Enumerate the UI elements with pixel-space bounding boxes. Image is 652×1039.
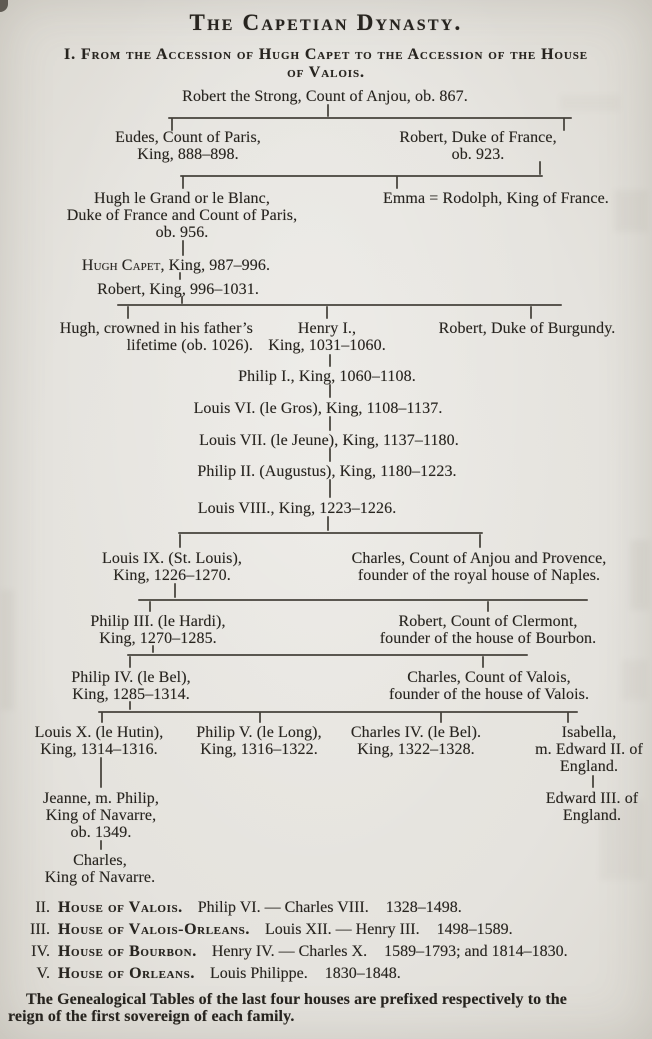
person-charles-navarre: Charles, King of Navarre. — [45, 852, 155, 886]
tree-connector-vertical — [530, 306, 532, 319]
page-title: The Capetian Dynasty. — [0, 10, 652, 36]
person-louis-x: Louis X. (le Hutin), King, 1314–1316. — [35, 724, 164, 758]
scan-smudge — [614, 190, 648, 232]
tree-connector-horizontal — [127, 654, 528, 656]
house-list-item-bourbon: IV.House of Bourbon.Henry IV. — Charles … — [0, 943, 568, 961]
person-louis-vi: Louis VI. (le Gros), King, 1108–1137. — [194, 400, 443, 417]
tree-connector-vertical — [592, 775, 594, 788]
person-henry-i: Henry I., King, 1031–1060. — [268, 320, 386, 354]
hugh-capet-name: Hugh Capet, — [82, 257, 165, 274]
tree-connector-horizontal — [117, 304, 562, 306]
section-heading-line2: of Valois. — [0, 64, 652, 82]
tree-connector-vertical — [567, 712, 569, 723]
person-robert-duke-of-burgundy: Robert, Duke of Burgundy. — [439, 320, 616, 337]
person-louis-viii: Louis VIII., King, 1223–1226. — [198, 500, 397, 517]
tree-connector-horizontal — [168, 117, 572, 119]
tree-connector-vertical — [329, 416, 331, 431]
house-numeral: II. — [0, 899, 50, 917]
footnote-line1: The Genealogical Tables of the last four… — [26, 991, 567, 1009]
section-heading-line1: I. From the Accession of Hugh Capet to t… — [0, 46, 652, 64]
tree-connector-vertical — [259, 712, 261, 723]
tree-connector-vertical — [563, 118, 565, 131]
tree-connector-horizontal — [98, 711, 578, 713]
person-robert-the-strong: Robert the Strong, Count of Anjou, ob. 8… — [182, 88, 468, 105]
house-name: House of Bourbon. — [58, 943, 197, 960]
house-numeral: V. — [0, 965, 50, 983]
footnote-line2: reign of the first sovereign of each fam… — [8, 1008, 294, 1026]
person-charles-iv: Charles IV. (le Bel). King, 1322–1328. — [351, 724, 481, 758]
person-hugh-capet: Hugh Capet, King, 987–996. — [82, 257, 270, 274]
person-eudes: Eudes, Count of Paris, King, 888–898. — [115, 129, 261, 163]
person-charles-anjou: Charles, Count of Anjou and Provence, fo… — [352, 550, 607, 584]
person-isabella: Isabella, m. Edward II. of England. — [535, 724, 643, 775]
person-robert-king: Robert, King, 996–1031. — [97, 281, 259, 298]
house-list-item-orleans: V.House of Orleans.Louis Philippe.1830–1… — [0, 965, 401, 983]
tree-connector-vertical — [487, 601, 489, 612]
tree-connector-vertical — [149, 601, 151, 612]
tree-connector-horizontal — [180, 175, 543, 177]
person-philip-i: Philip I., King, 1060–1108. — [238, 368, 416, 385]
person-philip-v: Philip V. (le Long), King, 1316–1322. — [196, 724, 321, 758]
person-philip-iii: Philip III. (le Hardi), King, 1270–1285. — [90, 613, 225, 647]
tree-connector-vertical — [479, 534, 481, 548]
house-list-item-valois: II.House of Valois.Philip VI. — Charles … — [0, 899, 462, 917]
house-kings: Henry IV. — Charles X. — [212, 943, 367, 960]
tree-connector-vertical — [179, 534, 181, 548]
person-philip-ii: Philip II. (Augustus), King, 1180–1223. — [197, 463, 456, 480]
person-philip-iv: Philip IV. (le Bel), King, 1285–1314. — [71, 669, 190, 703]
house-name: House of Orleans. — [58, 965, 195, 982]
house-dates: 1830–1848. — [325, 965, 401, 982]
tree-connector-vertical — [539, 161, 541, 175]
tree-connector-vertical — [326, 306, 328, 319]
person-edward-iii: Edward III. of England. — [546, 790, 638, 824]
tree-connector-vertical — [100, 840, 102, 850]
tree-connector-vertical — [100, 757, 102, 788]
person-robert-duke-of-france: Robert, Duke of France, ob. 923. — [399, 129, 556, 163]
house-dates: 1328–1498. — [386, 899, 462, 916]
tree-connector-vertical — [101, 712, 103, 723]
scan-smudge — [560, 95, 620, 111]
house-kings: Philip VI. — Charles VIII. — [198, 899, 369, 916]
tree-connector-vertical — [396, 176, 398, 189]
house-kings: Louis Philippe. — [210, 965, 308, 982]
tree-connector-horizontal — [178, 532, 483, 534]
house-dates: 1498–1589. — [437, 921, 513, 938]
tree-connector-vertical — [440, 712, 442, 723]
tree-connector-vertical — [127, 306, 129, 319]
person-louis-vii: Louis VII. (le Jeune), King, 1137–1180. — [199, 432, 459, 449]
tree-connector-vertical — [327, 104, 329, 117]
person-robert-clermont: Robert, Count of Clermont, founder of th… — [380, 613, 597, 647]
tree-connector-vertical — [129, 656, 131, 668]
tree-connector-vertical — [329, 384, 331, 398]
house-name: House of Valois-Orleans. — [58, 921, 250, 938]
scan-smudge — [622, 660, 648, 700]
house-numeral: IV. — [0, 943, 50, 961]
scan-smudge — [0, 590, 14, 710]
person-louis-ix: Louis IX. (St. Louis), King, 1226–1270. — [102, 550, 242, 584]
tree-connector-vertical — [329, 448, 331, 462]
house-list-item-valois-orleans: III.House of Valois-Orleans.Louis XII. —… — [0, 921, 513, 939]
tree-connector-vertical — [174, 583, 176, 598]
person-hugh-le-grand: Hugh le Grand or le Blanc, Duke of Franc… — [67, 190, 297, 241]
tree-connector-vertical — [329, 354, 331, 367]
house-kings: Louis XII. — Henry III. — [265, 921, 420, 938]
scan-smudge — [630, 540, 650, 610]
tree-connector-vertical — [482, 656, 484, 668]
person-emma-rodolph: Emma = Rodolph, King of France. — [383, 190, 609, 207]
tree-connector-vertical — [327, 516, 329, 531]
house-numeral: III. — [0, 921, 50, 939]
tree-connector-vertical — [329, 479, 331, 498]
scanned-page: The Capetian Dynasty. I. From the Access… — [0, 0, 652, 1039]
person-hugh-crowned: Hugh, crowned in his father’s lifetime (… — [60, 320, 253, 354]
tree-connector-vertical — [182, 176, 184, 189]
tree-connector-horizontal — [138, 599, 588, 601]
house-name: House of Valois. — [58, 899, 183, 916]
person-jeanne: Jeanne, m. Philip, King of Navarre, ob. … — [43, 790, 159, 841]
tree-connector-vertical — [182, 240, 184, 256]
person-charles-valois: Charles, Count of Valois, founder of the… — [389, 669, 589, 703]
house-dates: 1589–1793; and 1814–1830. — [384, 943, 568, 960]
